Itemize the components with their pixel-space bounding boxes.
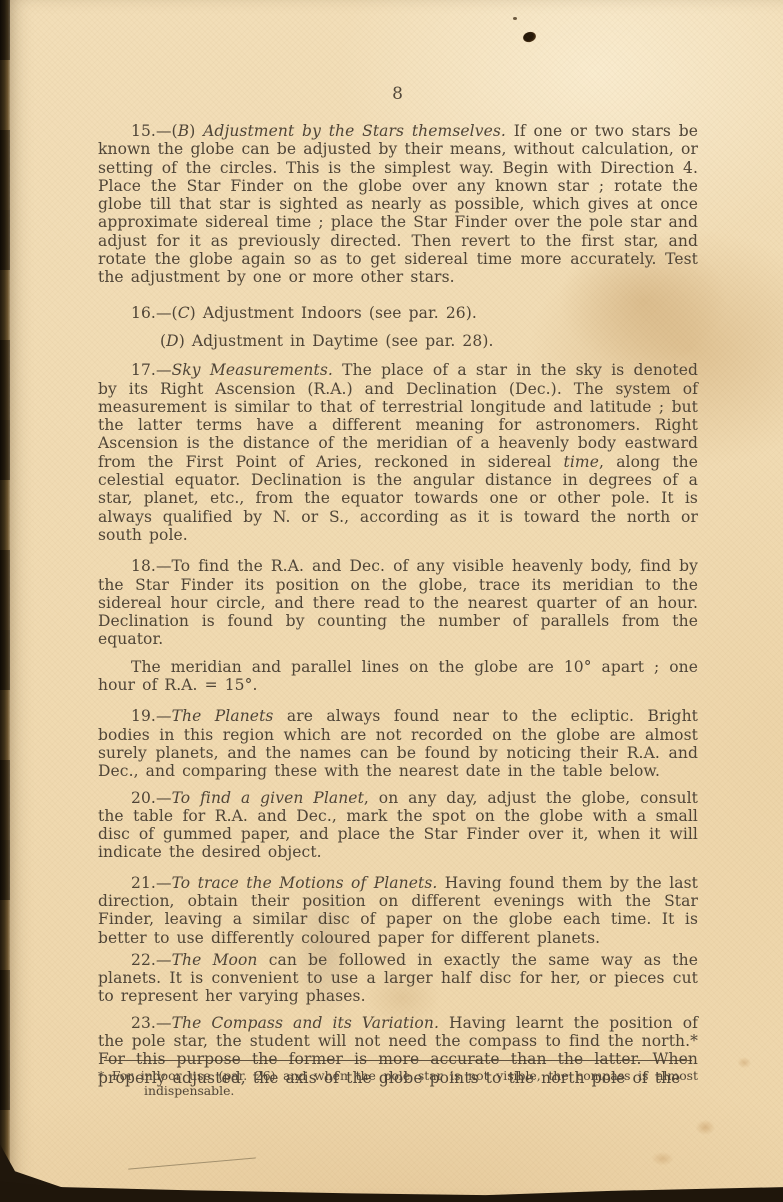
paragraph-20: 20.—To find a given Planet, on any day, … [98,789,698,862]
paragraph-16-c: 16.—(C) Adjustment Indoors (see par. 26)… [98,304,698,322]
text-block: 15.—(B) Adjustment by the Stars themselv… [98,122,698,1087]
paragraph-19: 19.—The Planets are always found near to… [98,707,698,780]
paragraph-21: 21.—To trace the Motions of Planets. Hav… [98,874,698,947]
page-number: 8 [98,84,698,104]
book-spine-edge [0,0,10,1202]
footnote-rule [104,1060,692,1061]
ink-speck [513,17,517,20]
paragraph-22: 22.—The Moon can be followed in exactly … [98,951,698,1006]
paragraph-18: 18.—To find the R.A. and Dec. of any vis… [98,557,698,648]
footnote-block: * For indoor use (par. 26) and when the … [98,1052,698,1098]
paragraph-16-d: (D) Adjustment in Daytime (see par. 28). [98,332,698,350]
paragraph-18-note: The meridian and parallel lines on the g… [98,658,698,695]
ink-blot [522,30,537,44]
paragraph-17: 17.—Sky Measurements. The place of a sta… [98,361,698,544]
scanned-book-page: 8 15.—(B) Adjustment by the Stars themse… [0,0,783,1202]
footnote: * For indoor use (par. 26) and when the … [98,1069,698,1098]
paragraph-15: 15.—(B) Adjustment by the Stars themselv… [98,122,698,287]
paper-sheet: 8 15.—(B) Adjustment by the Stars themse… [6,0,783,1202]
